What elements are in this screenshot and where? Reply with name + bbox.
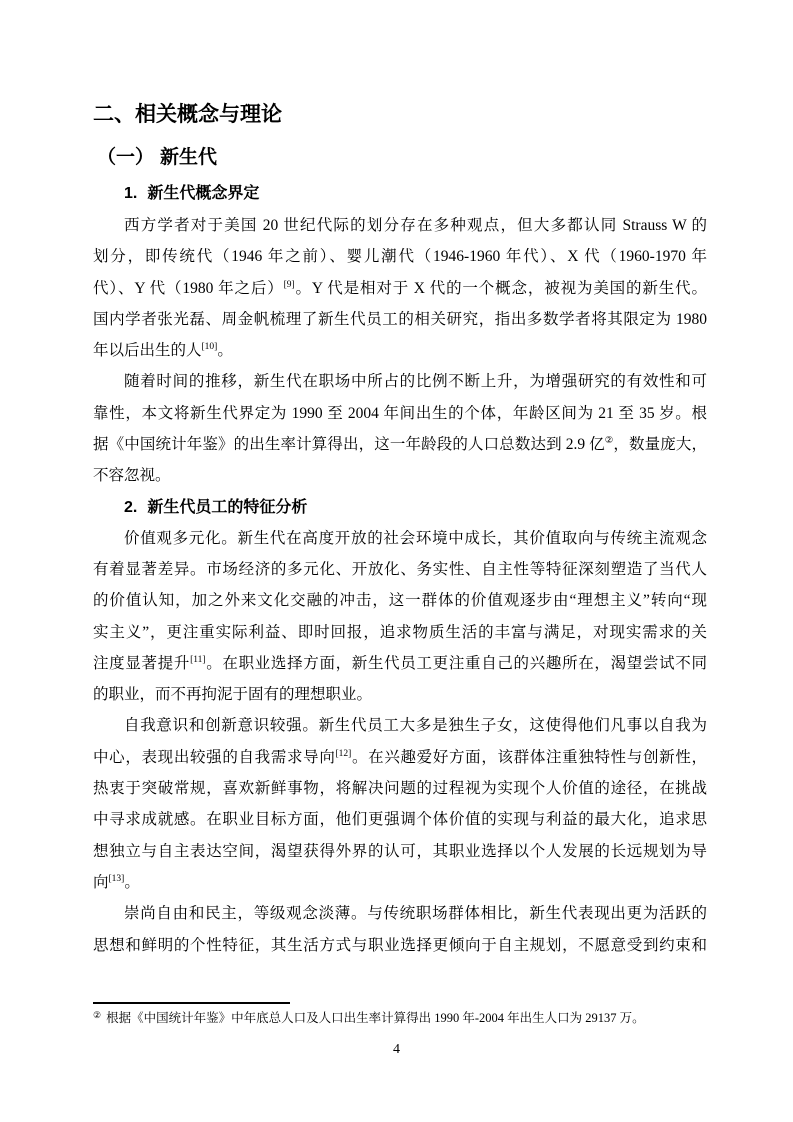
page-content: 二、相关概念与理论 （一）新生代 1.新生代概念界定西方学者对于美国 20 世纪… [93,0,707,961]
subsection-title: 新生代员工的特征分析 [147,499,307,516]
section-title: 新生代 [160,147,217,168]
text-line: 中心，表现出较强的自我需求导向[12]。在兴趣爱好方面，该群体注重独特性与创新性… [93,742,707,773]
section-number: （一） [97,147,154,168]
subsection-title: 新生代概念界定 [147,185,259,202]
citation-superscript: [13] [109,874,125,884]
text-line: 有着显著差异。市场经济的多元化、开放化、务实性、自主性等特征深刻塑造了当代人 [93,554,707,585]
text-line: 向[13]。 [93,867,707,898]
text-line: 西方学者对于美国 20 世纪代际的划分存在多种观点，但大多都认同 Strauss… [93,210,707,241]
subsection-number: 1. [124,185,137,202]
text-line: 代）、Y 代（1980 年之后）[9]。Y 代是相对于 X 代的一个概念，被视为… [93,273,707,304]
subsection-heading: 1.新生代概念界定 [124,182,707,205]
text-line: 实主义”，更注重实际利益、即时回报，追求物质生活的丰富与满足，对现实需求的关 [93,617,707,648]
text-line: 年以后出生的人[10]。 [93,335,707,366]
citation-superscript: [9] [284,280,295,290]
footnote-marker: ② [93,1010,101,1020]
paragraph: 西方学者对于美国 20 世纪代际的划分存在多种观点，但大多都认同 Strauss… [93,210,707,366]
footnote-separator [93,1002,290,1004]
text-line: 随着时间的推移，新生代在职场中所占的比例不断上升，为增强研究的有效性和可 [93,366,707,397]
text-line: 靠性，本文将新生代界定为 1990 至 2004 年间出生的个体，年龄区间为 2… [93,398,707,429]
text-line: 不容忽视。 [93,460,707,491]
footnote-content: 根据《中国统计年鉴》中年底总人口及人口出生率计算得出 1990 年-2004 年… [106,1011,645,1025]
footnote-text: ②根据《中国统计年鉴》中年底总人口及人口出生率计算得出 1990 年-2004 … [93,1009,707,1027]
text-line: 的价值认知，加之外来文化交融的冲击，这一群体的价值观逐步由“理想主义”转向“现 [93,585,707,616]
text-line: 划分，即传统代（1946 年之前）、婴儿潮代（1946-1960 年代）、X 代… [93,241,707,272]
page-number: 4 [0,1040,793,1060]
paragraph: 随着时间的推移，新生代在职场中所占的比例不断上升，为增强研究的有效性和可靠性，本… [93,366,707,491]
text-line: 思想和鲜明的个性特征，其生活方式与职业选择更倾向于自主规划，不愿意受到约束和 [93,930,707,961]
citation-superscript: [11] [190,655,205,665]
text-line: 据《中国统计年鉴》的出生率计算得出，这一年龄段的人口总数达到 2.9 亿②，数量… [93,429,707,460]
chapter-heading: 二、相关概念与理论 [93,101,707,129]
text-line: 中寻求成就感。在职业目标方面，他们更强调个体价值的实现与利益的最大化，追求思 [93,804,707,835]
section-heading: （一）新生代 [97,144,707,171]
text-line: 注度显著提升[11]。在职业选择方面，新生代员工更注重自己的兴趣所在，渴望尝试不… [93,648,707,679]
citation-superscript: [12] [336,749,352,759]
subsection-heading: 2.新生代员工的特征分析 [124,496,707,519]
text-line: 国内学者张光磊、周金帆梳理了新生代员工的相关研究，指出多数学者将其限定为 198… [93,304,707,335]
text-line: 热衷于突破常规，喜欢新鲜事物，将解决问题的过程视为实现个人价值的途径，在挑战 [93,773,707,804]
citation-superscript: ② [605,436,614,446]
text-line: 崇尚自由和民主，等级观念淡薄。与传统职场群体相比，新生代表现出更为活跃的 [93,898,707,929]
document-page: 二、相关概念与理论 （一）新生代 1.新生代概念界定西方学者对于美国 20 世纪… [0,0,793,1122]
text-line: 的职业，而不再拘泥于固有的理想职业。 [93,679,707,710]
text-line: 价值观多元化。新生代在高度开放的社会环境中成长，其价值取向与传统主流观念 [93,523,707,554]
paragraph: 价值观多元化。新生代在高度开放的社会环境中成长，其价值取向与传统主流观念有着显著… [93,523,707,711]
subsection-number: 2. [124,499,137,516]
text-line: 自我意识和创新意识较强。新生代员工大多是独生子女，这使得他们凡事以自我为 [93,710,707,741]
body-text: 1.新生代概念界定西方学者对于美国 20 世纪代际的划分存在多种观点，但大多都认… [93,182,707,961]
text-line: 想独立与自主表达空间，渴望获得外界的认可，其职业选择以个人发展的长远规划为导 [93,836,707,867]
paragraph: 自我意识和创新意识较强。新生代员工大多是独生子女，这使得他们凡事以自我为中心，表… [93,710,707,898]
footnote-area: ②根据《中国统计年鉴》中年底总人口及人口出生率计算得出 1990 年-2004 … [93,1002,707,1027]
citation-superscript: [10] [202,342,218,352]
paragraph: 崇尚自由和民主，等级观念淡薄。与传统职场群体相比，新生代表现出更为活跃的思想和鲜… [93,898,707,961]
